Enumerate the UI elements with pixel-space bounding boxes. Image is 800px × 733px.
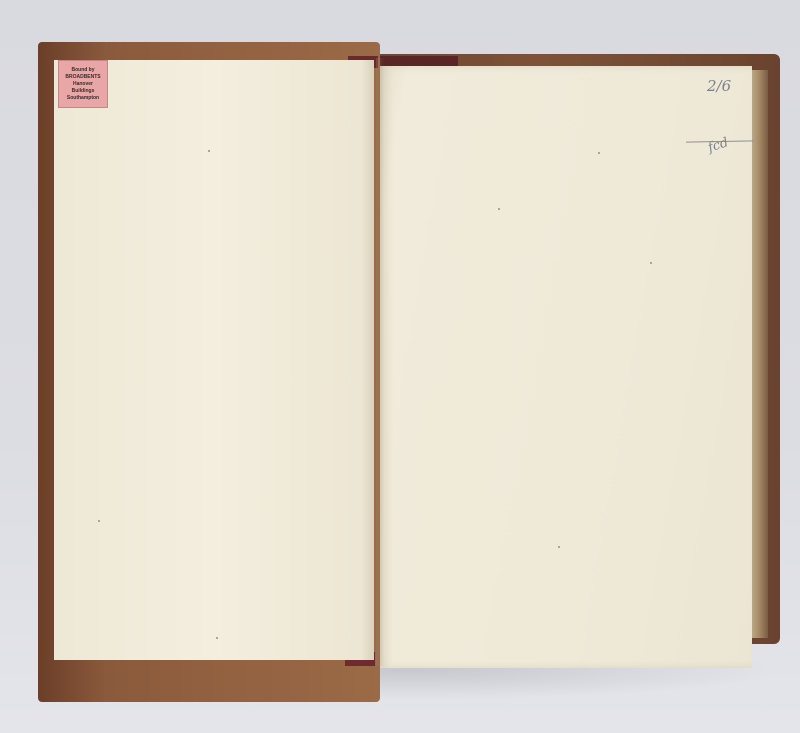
foxing-speck xyxy=(498,208,500,210)
gutter-fold xyxy=(376,58,384,666)
foxing-speck xyxy=(650,262,652,264)
book-photo: 2/6 fcd Bound by BROADBENTS Hanover Buil… xyxy=(0,0,800,733)
foxing-speck xyxy=(208,150,210,152)
pencil-price: 2/6 xyxy=(707,77,731,95)
label-line: Hanover xyxy=(73,81,93,87)
foxing-speck xyxy=(216,637,218,639)
right-endpaper xyxy=(380,66,752,668)
label-line: Buildings xyxy=(72,88,95,94)
foxing-speck xyxy=(558,546,560,548)
foxing-speck xyxy=(598,152,600,154)
label-line: BROADBENTS xyxy=(65,74,100,80)
bookseller-label: Bound by BROADBENTS Hanover Buildings So… xyxy=(58,60,108,108)
foxing-speck xyxy=(98,520,100,522)
left-endpaper xyxy=(54,60,374,660)
label-line: Southampton xyxy=(67,95,99,101)
label-line: Bound by xyxy=(71,67,94,73)
